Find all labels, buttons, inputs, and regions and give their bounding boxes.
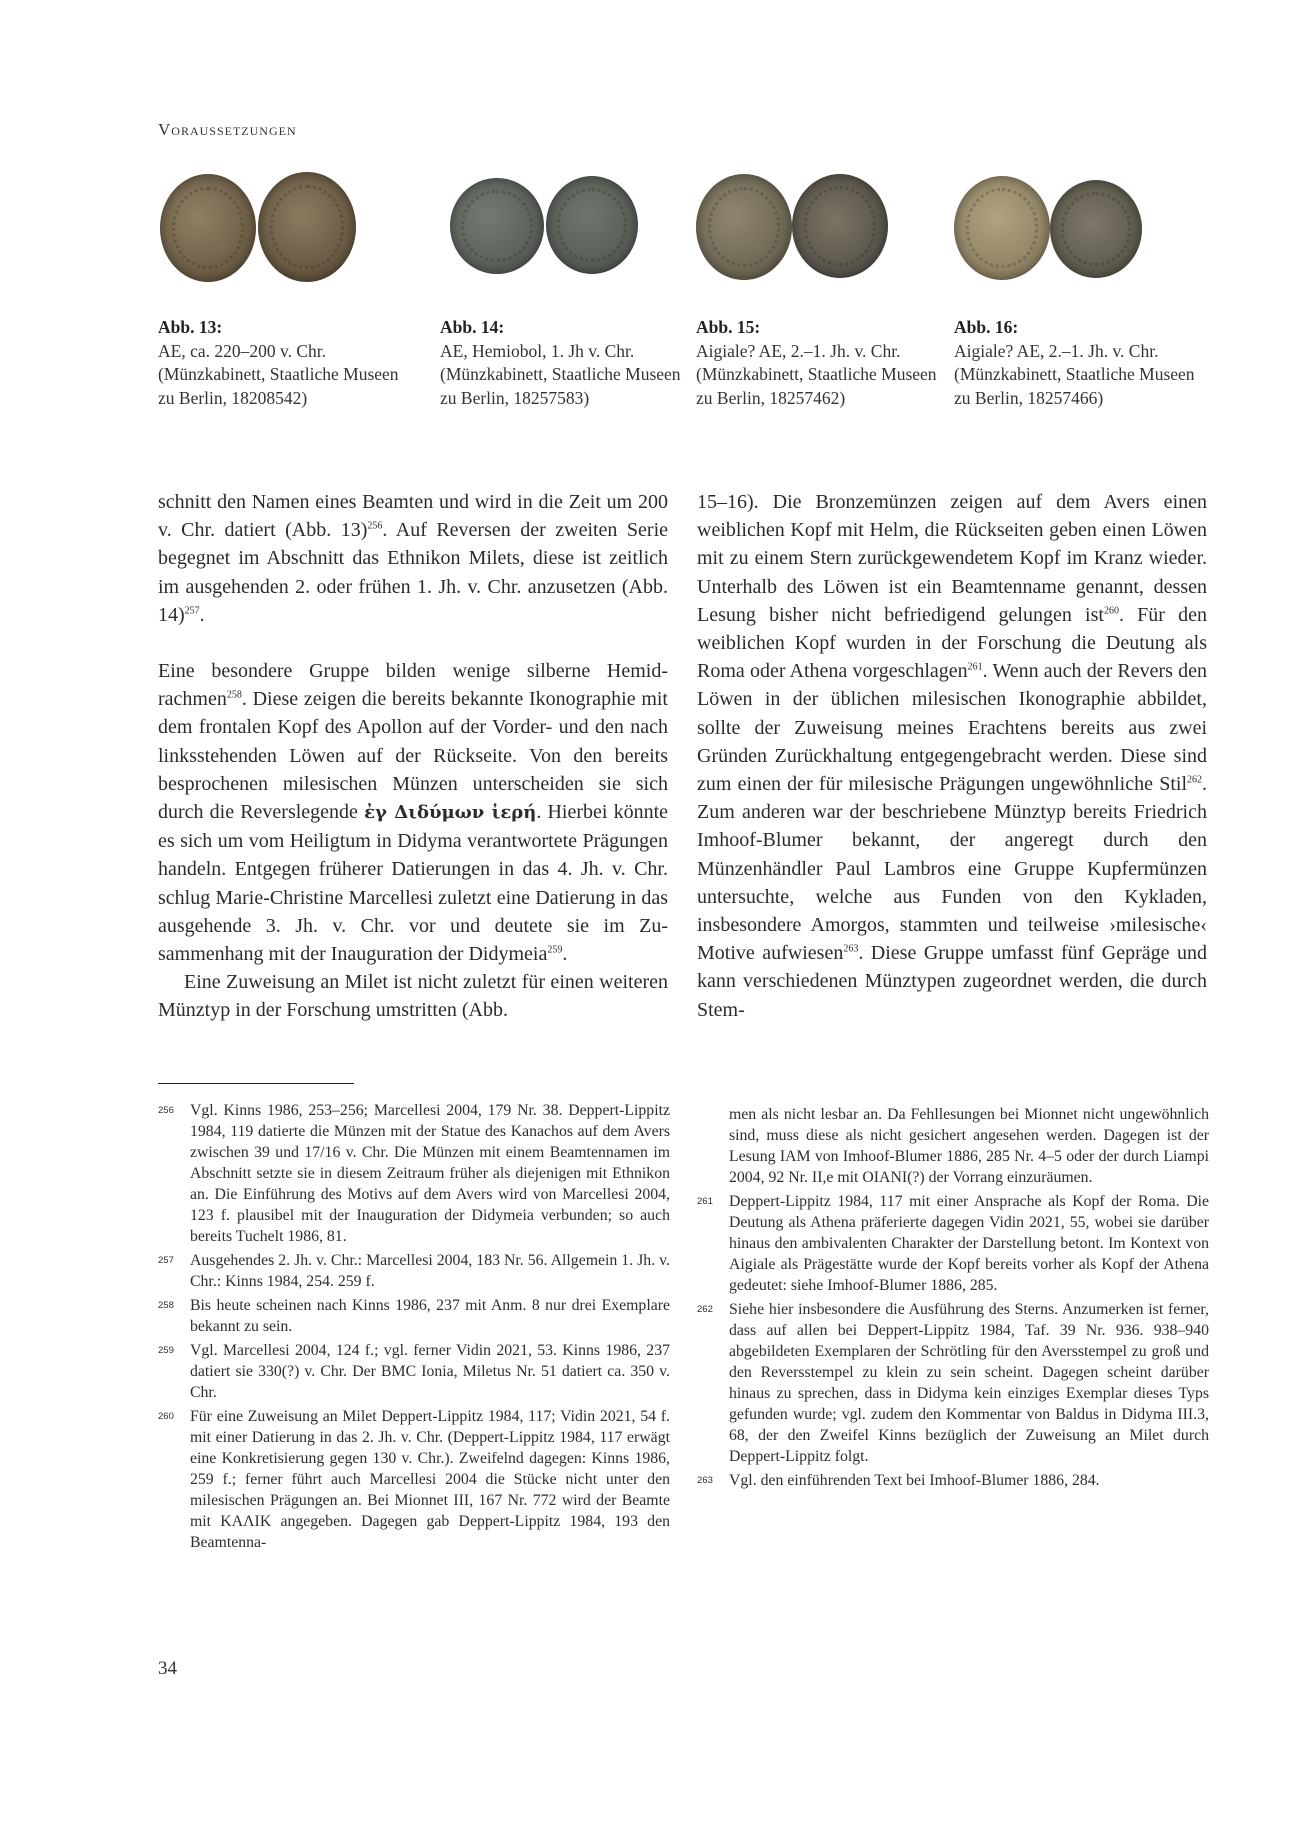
footnote-ref[interactable]: 263 xyxy=(843,944,858,955)
footnote-259: 259Vgl. Marcellesi 2004, 124 f.; vgl. fe… xyxy=(158,1340,670,1403)
footnote-text: Vgl. Marcellesi 2004, 124 f.; vgl. ferne… xyxy=(190,1342,670,1401)
body-column-left: schnitt den Namen eines Beamten und wird… xyxy=(158,488,668,1025)
footnote-number: 260 xyxy=(158,1406,174,1427)
footnote-text: men als nicht lesbar an. Da Fehllesungen… xyxy=(729,1106,1209,1186)
footnotes-left: 256Vgl. Kinns 1986, 253–256; Marcellesi … xyxy=(158,1100,670,1556)
page-number: 34 xyxy=(158,1658,177,1680)
footnote-ref[interactable]: 262 xyxy=(1187,774,1202,785)
figure-14: Abb. 14: AE, Hemiobol, 1. Jh v. Chr. (Mü… xyxy=(440,172,690,292)
footnotes-right: men als nicht lesbar an. Da Fehllesungen… xyxy=(697,1104,1209,1494)
coin-image xyxy=(954,172,1204,292)
greek-legend: ἐγ Διδύμων ἱερή xyxy=(364,802,536,823)
footnote-text: Siehe hier insbesondere die Ausführung d… xyxy=(729,1301,1209,1465)
text: . xyxy=(200,604,205,626)
coin-image xyxy=(440,172,690,292)
paragraph: Eine besondere Gruppe bilden wenige silb… xyxy=(158,657,668,968)
figure-caption: Abb. 15: Aigiale? AE, 2.–1. Jh. v. Chr. … xyxy=(696,316,946,410)
text: . Hierbei könnte es sich um vom Heilig­t… xyxy=(158,801,668,965)
coin-obverse xyxy=(450,178,544,274)
footnote-261: 261Deppert-Lippitz 1984, 117 mit einer A… xyxy=(697,1191,1209,1296)
footnote-text: Für eine Zuweisung an Milet Deppert-Lipp… xyxy=(190,1408,670,1551)
footnote-text: Bis heute scheinen nach Kinns 1986, 237 … xyxy=(190,1297,670,1335)
footnote-number: 258 xyxy=(158,1295,174,1316)
figure-13: Abb. 13: AE, ca. 220–200 v. Chr. (Münzka… xyxy=(158,172,408,292)
text: . xyxy=(562,943,567,965)
coin-reverse xyxy=(1050,180,1142,278)
footnote-number: 263 xyxy=(697,1470,713,1491)
paragraph: Eine Zuweisung an Milet ist nicht zuletz… xyxy=(158,968,668,1024)
footnote-number: 257 xyxy=(158,1250,174,1271)
footnote-text: Deppert-Lippitz 1984, 117 mit einer Ansp… xyxy=(729,1193,1209,1294)
running-head: Voraussetzungen xyxy=(158,120,297,140)
paragraph: 15–16). Die Bronzemünzen zeigen auf dem … xyxy=(697,488,1207,1024)
footnote-ref[interactable]: 259 xyxy=(547,944,562,955)
figure-label: Abb. 14: xyxy=(440,316,690,340)
footnote-text: Vgl. den einführenden Text bei Imhoof-Bl… xyxy=(729,1472,1100,1489)
footnote-ref[interactable]: 258 xyxy=(227,690,242,701)
coin-reverse xyxy=(546,176,638,274)
footnote-number: 262 xyxy=(697,1299,713,1320)
footnote-ref[interactable]: 257 xyxy=(185,605,200,616)
coin-reverse xyxy=(792,174,888,278)
figure-caption-text: Aigiale? AE, 2.–1. Jh. v. Chr. (Münzkabi… xyxy=(954,341,1195,408)
footnote-262: 262Siehe hier insbesondere die Ausführun… xyxy=(697,1299,1209,1467)
figure-label: Abb. 15: xyxy=(696,316,946,340)
body-column-right: 15–16). Die Bronzemünzen zeigen auf dem … xyxy=(697,488,1207,1024)
coin-reverse xyxy=(258,172,356,282)
coin-figures: Abb. 13: AE, ca. 220–200 v. Chr. (Münzka… xyxy=(158,172,1168,452)
footnote-text: Ausgehendes 2. Jh. v. Chr.: Marcellesi 2… xyxy=(190,1252,670,1290)
paragraph: schnitt den Namen eines Beamten und wird… xyxy=(158,488,668,629)
footnote-ref[interactable]: 261 xyxy=(968,662,983,673)
footnote-text: Vgl. Kinns 1986, 253–256; Marcellesi 200… xyxy=(190,1102,670,1245)
footnote-263: 263Vgl. den einführenden Text bei Imhoof… xyxy=(697,1470,1209,1491)
text: . Zum anderen war der beschriebene Münzt… xyxy=(697,773,1207,964)
footnote-number: 256 xyxy=(158,1100,174,1121)
footnote-260-continued: men als nicht lesbar an. Da Fehllesungen… xyxy=(697,1104,1209,1188)
footnote-257: 257Ausgehendes 2. Jh. v. Chr.: Marcelles… xyxy=(158,1250,670,1292)
footnote-260: 260Für eine Zuweisung an Milet Deppert-L… xyxy=(158,1406,670,1553)
figure-label: Abb. 13: xyxy=(158,316,408,340)
coin-obverse xyxy=(696,174,792,280)
text: Eine Zuweisung an Milet ist nicht zuletz… xyxy=(158,971,668,1021)
coin-image xyxy=(696,172,946,292)
figure-label: Abb. 16: xyxy=(954,316,1204,340)
footnote-258: 258Bis heute scheinen nach Kinns 1986, 2… xyxy=(158,1295,670,1337)
footnote-ref[interactable]: 260 xyxy=(1104,605,1119,616)
figure-caption: Abb. 16: Aigiale? AE, 2.–1. Jh. v. Chr. … xyxy=(954,316,1204,410)
coin-image xyxy=(158,172,408,292)
figure-caption-text: Aigiale? AE, 2.–1. Jh. v. Chr. (Münzkabi… xyxy=(696,341,937,408)
figure-15: Abb. 15: Aigiale? AE, 2.–1. Jh. v. Chr. … xyxy=(696,172,946,292)
coin-obverse xyxy=(954,176,1050,280)
footnote-ref[interactable]: 256 xyxy=(367,521,382,532)
figure-caption-text: AE, Hemiobol, 1. Jh v. Chr. (Münzkabinet… xyxy=(440,341,681,408)
figure-16: Abb. 16: Aigiale? AE, 2.–1. Jh. v. Chr. … xyxy=(954,172,1204,292)
figure-caption-text: AE, ca. 220–200 v. Chr. (Münzkabinett, S… xyxy=(158,341,399,408)
footnote-number: 261 xyxy=(697,1191,713,1212)
footnote-number: 259 xyxy=(158,1340,174,1361)
figure-caption: Abb. 14: AE, Hemiobol, 1. Jh v. Chr. (Mü… xyxy=(440,316,690,410)
footnote-256: 256Vgl. Kinns 1986, 253–256; Marcellesi … xyxy=(158,1100,670,1247)
coin-obverse xyxy=(160,174,256,282)
footnote-divider xyxy=(158,1083,354,1084)
figure-caption: Abb. 13: AE, ca. 220–200 v. Chr. (Münzka… xyxy=(158,316,408,410)
